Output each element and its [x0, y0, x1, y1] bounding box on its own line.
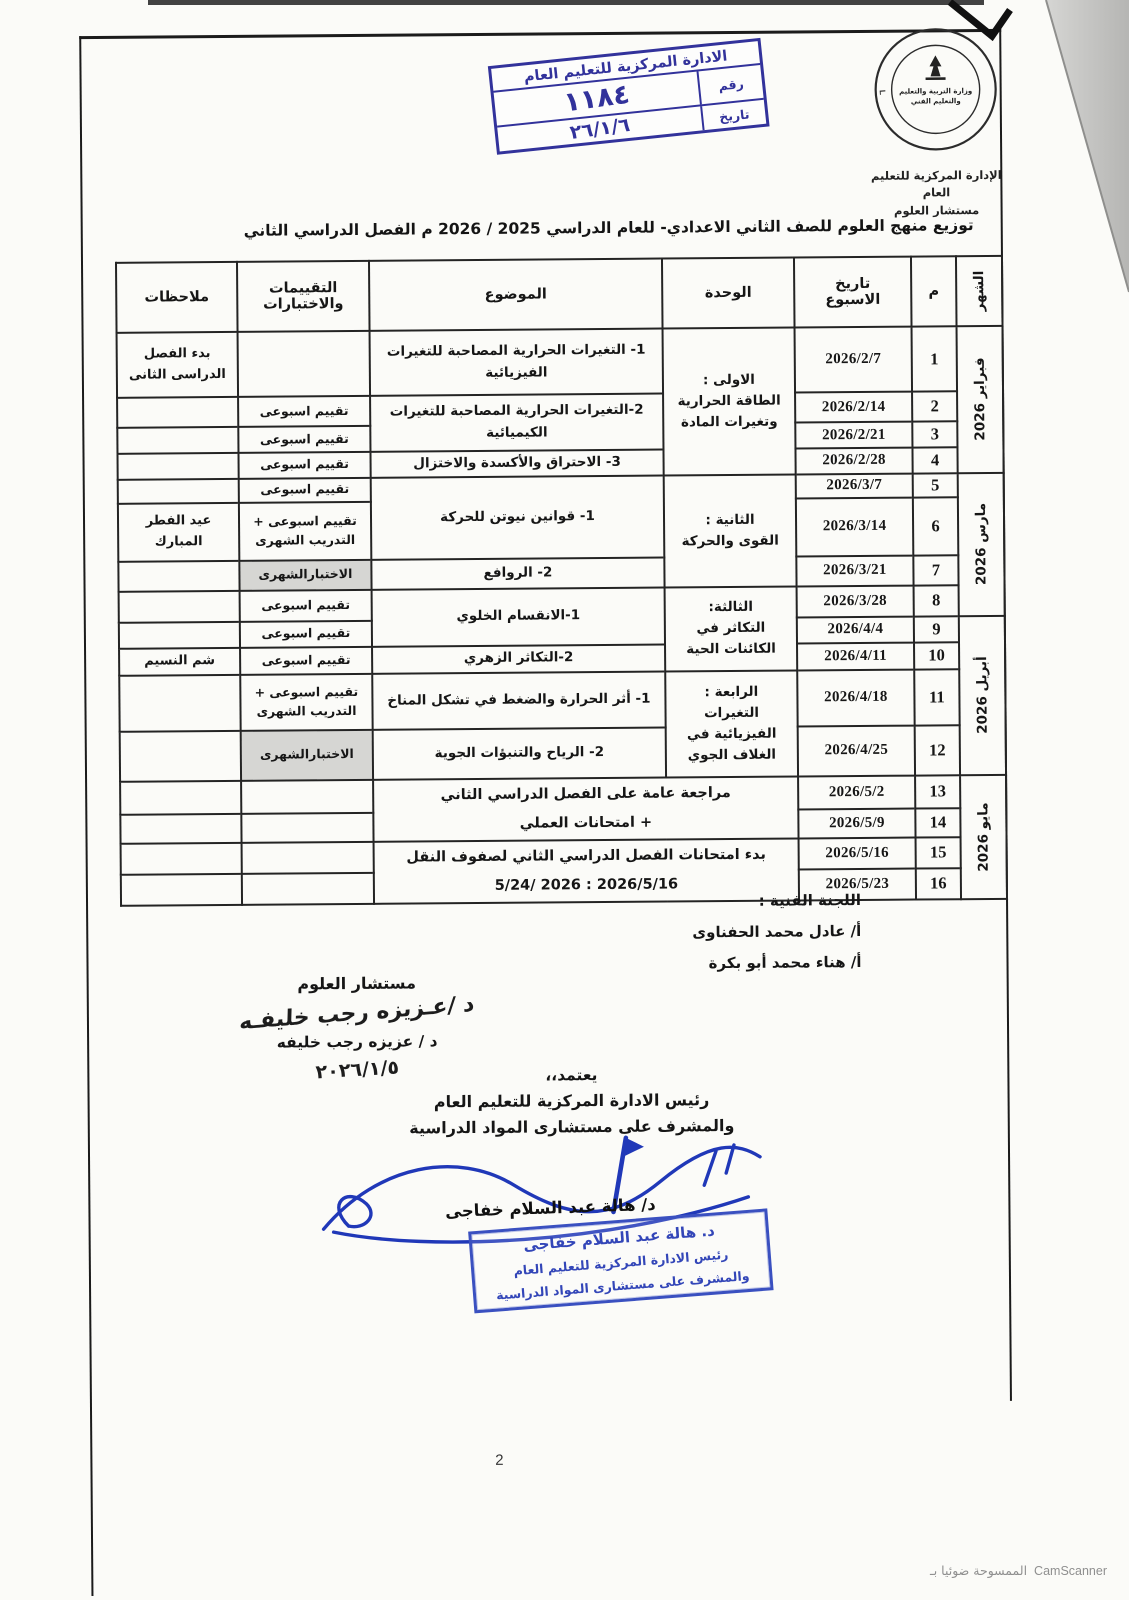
table-row: 112026/4/18الرابعة : التغيرات الفيزيائية… — [119, 668, 1005, 731]
table-cell: 2026/2/14 — [795, 392, 912, 423]
table-cell: مارس 2026 — [958, 472, 1005, 615]
committee-member: أ/ عادل محمد الحفناوى — [692, 916, 861, 948]
table-cell: 2026/2/21 — [795, 422, 912, 449]
table-cell: تقييم اسبوعى — [238, 452, 370, 479]
committee-title: اللجنة الفنية : — [692, 885, 861, 917]
approval-block: يعتمد،، رئيس الادارة المركزية للتعليم ال… — [337, 1064, 806, 1138]
table-cell — [119, 590, 240, 622]
table-cell: 15 — [916, 837, 961, 869]
consultant-block: مستشار العلوم د /عـزيزه رجب خليفـه د / ع… — [223, 973, 492, 1082]
table-cell — [119, 621, 240, 648]
column-header: التقييمات والاختبارات — [237, 261, 370, 332]
technical-committee: اللجنة الفنية : أ/ عادل محمد الحفناوى أ/… — [692, 885, 862, 979]
table-cell — [238, 331, 371, 397]
table-cell: ‏2-التكاثر الزهري — [372, 644, 665, 673]
table-cell: 2 — [912, 391, 957, 421]
table-cell: عيد الفطر المبارك — [118, 502, 239, 561]
table-cell: تقييم اسبوعى — [240, 589, 372, 621]
table-cell: 2026/5/9 — [798, 809, 915, 839]
table-cell: مايو 2026 — [960, 774, 1007, 898]
table-cell: ‏2-التغيرات الحرارية المصاحبة للتغيرات ا… — [370, 394, 663, 452]
table-cell: أبريل 2026 — [959, 615, 1006, 774]
table-cell — [117, 427, 238, 454]
table-row: 122026/4/25‏2- الرياح والتنبؤات الجويةال… — [120, 724, 1006, 781]
document-title: توزيع منهج العلوم للصف الثاني الاعدادي- … — [244, 216, 974, 240]
table-cell: ‏1- قوانين نيوتن للحركة — [371, 475, 665, 559]
consultant-handwritten-signature: د /عـزيزه رجب خليفـه — [223, 990, 491, 1036]
table-cell: 2026/3/7 — [796, 473, 913, 498]
table-cell — [119, 674, 240, 731]
table-cell — [241, 813, 373, 843]
column-header: الموضوع — [369, 259, 663, 331]
scanned-document-page: { "page": { "number": "2", "footer_arabi… — [0, 0, 1129, 1600]
consultant-name: د / عزيزه رجب خليفه — [223, 1032, 491, 1052]
seal-dept-line1: الإدارة المركزية للتعليم العام — [860, 167, 1012, 203]
table-cell: الاختبارالشهرى — [241, 729, 373, 780]
table-cell — [120, 814, 241, 844]
table-cell: ‏3- الاحتراق والأكسدة والاختزال — [370, 450, 663, 478]
table-cell: 2026/3/14 — [796, 497, 913, 556]
table-cell: 14 — [915, 808, 960, 837]
table-cell: 2026/5/2 — [798, 775, 915, 809]
registration-number-label: رقم — [697, 65, 764, 104]
table-cell — [241, 779, 373, 813]
table-cell: 4 — [912, 447, 957, 473]
table-cell: 2026/4/18 — [797, 669, 914, 726]
table-cell: مراجعة عامة على الفصل الدراسي الثاني + ا… — [373, 776, 798, 841]
table-cell: ‏2- الروافع — [371, 557, 664, 589]
table-cell — [117, 453, 238, 480]
table-cell: 7 — [913, 555, 958, 585]
schedule-table: الشهرمتاريخ الاسبوعالوحدةالموضوعالتقييما… — [115, 255, 1008, 907]
table-cell: الاختبارالشهرى — [239, 559, 371, 590]
committee-member: أ/ هناء محمد أبو بكرة — [692, 947, 861, 979]
table-cell: 2026/3/28 — [797, 585, 914, 617]
table-cell: 2026/2/7 — [795, 327, 913, 393]
table-cell: 9 — [914, 616, 959, 642]
table-cell: 13 — [915, 775, 960, 809]
table-cell — [242, 873, 374, 904]
table-cell: الاولى : الطاقة الحرارية وتغيرات المادة — [663, 327, 796, 475]
table-cell: 2026/4/25 — [798, 725, 915, 776]
registration-date-label: تاريخ — [700, 100, 766, 131]
table-cell: الثالثة: التكاثر في الكائنات الحية — [665, 586, 798, 671]
table-cell: 8 — [914, 585, 959, 616]
table-cell — [120, 780, 241, 814]
table-cell: 2026/3/21 — [796, 555, 913, 586]
page-border-left — [79, 36, 93, 1596]
table-cell: ‏2- الرياح والتنبؤات الجوية — [373, 727, 666, 779]
ministry-seal: MINISTRY OF EDUCATION AND TECHNICAL وزار… — [859, 21, 1013, 220]
seal-inner-line1: وزارة التربية والتعليم — [899, 87, 972, 96]
approval-line1: رئيس الادارة المركزية للتعليم العام — [338, 1089, 806, 1112]
table-cell: 2026/4/11 — [797, 642, 914, 670]
consultant-title: مستشار العلوم — [223, 973, 491, 994]
table-cell: 2026/4/4 — [797, 616, 914, 643]
table-cell: 2026/5/16 — [799, 837, 916, 869]
camscanner-footer: الممسوحة ضوئيا بـ CamScanner — [930, 1563, 1107, 1578]
table-cell: شم النسيم — [119, 647, 240, 675]
table-cell: ‏1-الانقسام الخلوي — [372, 587, 665, 646]
column-header: تاريخ الاسبوع — [794, 257, 912, 328]
table-cell: تقييم اسبوعى — [240, 620, 372, 647]
eagle-icon — [925, 55, 945, 80]
table-cell: ‏1- أثر الحرارة والضغط في تشكل المناخ — [372, 671, 665, 729]
table-cell: 10 — [914, 642, 959, 669]
table-cell: تقييم اسبوعى — [238, 396, 370, 427]
table-cell: تقييم اسبوعى — [238, 426, 370, 453]
table-cell: 5 — [913, 473, 958, 497]
table-cell: ‏1- التغيرات الحرارية المصاحبة للتغيرات … — [370, 329, 664, 396]
table-cell: 11 — [914, 669, 959, 725]
table-cell: تقييم اسبوعى — [239, 477, 371, 502]
column-header: الشهر — [956, 256, 1003, 326]
table-cell: تقييم اسبوعى + التدريب الشهرى — [239, 501, 371, 560]
table-cell — [242, 841, 374, 874]
table-cell: 1 — [912, 326, 958, 391]
table-cell — [118, 478, 239, 503]
table-cell: 16 — [916, 868, 961, 899]
curriculum-table-wrapper: الشهرمتاريخ الاسبوعالوحدةالموضوعالتقييما… — [115, 255, 1008, 907]
ministry-seal-icon: MINISTRY OF EDUCATION AND TECHNICAL وزار… — [865, 21, 1006, 162]
table-cell: فبراير 2026 — [957, 326, 1004, 473]
footer-arabic-text: الممسوحة ضوئيا بـ — [930, 1563, 1027, 1578]
table-cell: تقييم اسبوعى — [240, 646, 372, 674]
column-header: ملاحظات — [116, 262, 238, 333]
table-cell: الثانية : القوى والحركة — [664, 474, 797, 587]
table-cell: 6 — [913, 497, 958, 555]
column-header: الوحدة — [662, 257, 795, 328]
footer-brand-text: CamScanner — [1034, 1564, 1107, 1578]
scanned-page-content: الادارة المركزية للتعليم العام رقم ١١٨٤ … — [0, 0, 1129, 1600]
table-cell: 12 — [915, 725, 960, 775]
table-cell: 2026/2/28 — [795, 448, 912, 475]
approval-word: يعتمد،، — [337, 1064, 805, 1086]
table-cell: بدء الفصل الدراسى الثانى — [117, 332, 239, 398]
table-cell — [120, 730, 241, 781]
table-row: فبراير 202612026/2/7الاولى : الطاقة الحر… — [117, 326, 1003, 398]
column-header: م — [911, 256, 957, 326]
table-cell — [117, 397, 238, 428]
seal-inner-line2: والتعليم الفني — [911, 97, 961, 105]
table-cell — [118, 560, 239, 591]
table-cell — [121, 874, 242, 905]
table-cell: تقييم اسبوعى + التدريب الشهرى — [240, 673, 372, 730]
page-number: 2 — [444, 1451, 554, 1469]
table-cell — [121, 842, 242, 875]
registration-stamp: الادارة المركزية للتعليم العام رقم ١١٨٤ … — [488, 38, 770, 155]
table-cell: الرابعة : التغيرات الفيزيائية في الغلاف … — [665, 670, 798, 777]
table-cell: 3 — [912, 421, 957, 447]
